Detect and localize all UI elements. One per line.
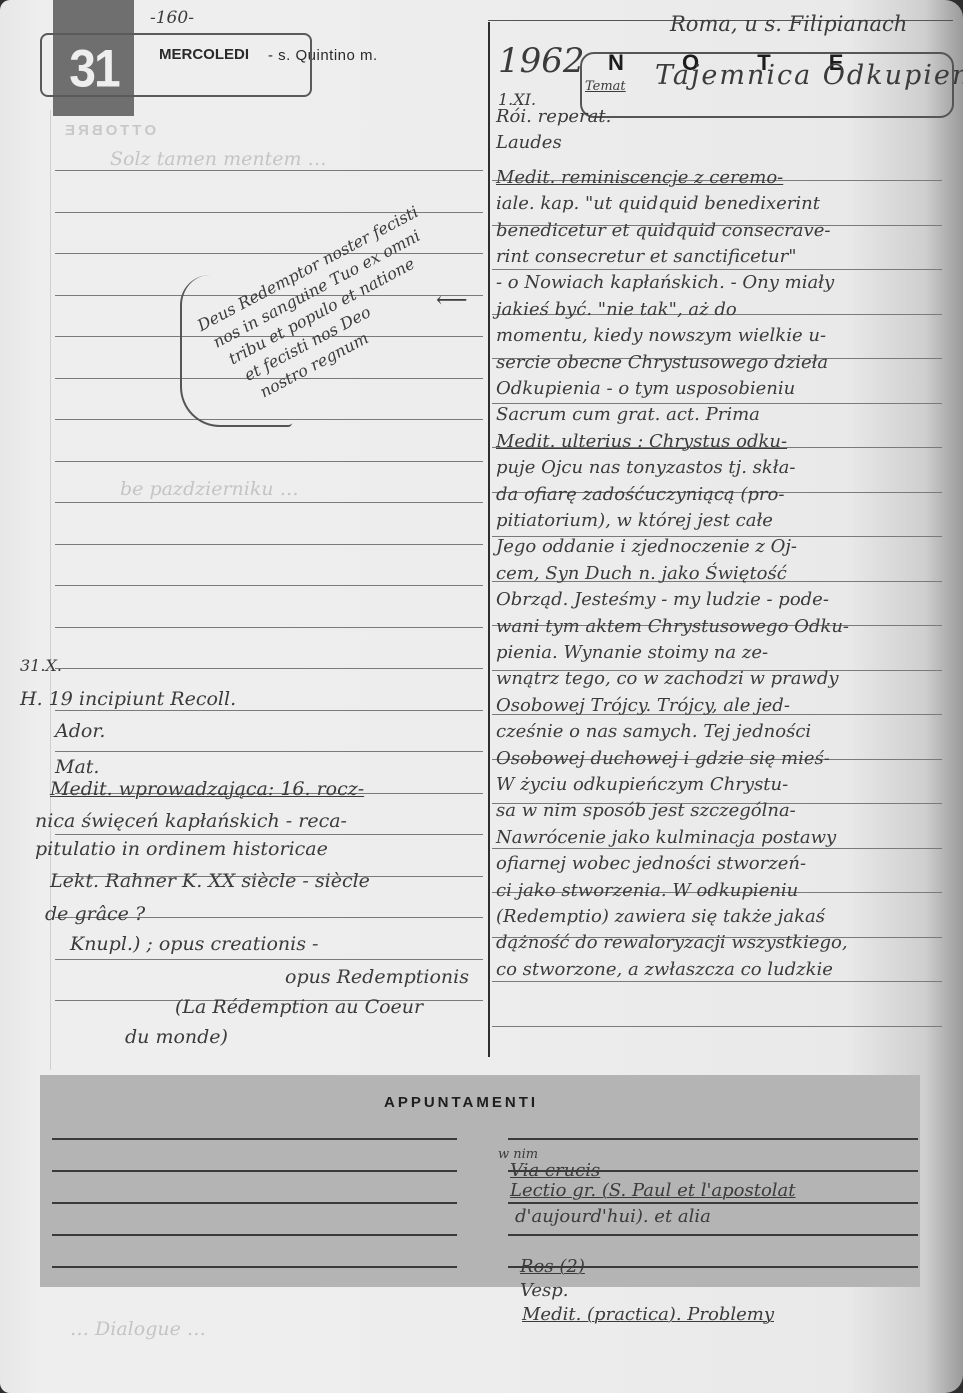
handwritten-entry: - o Nowiach kapłańskich. - Ony miały [496, 274, 834, 292]
handwritten-entry: sercie obecne Chrystusowego dzieła [496, 354, 828, 372]
handwritten-entry: sa w nim sposób jest szczególna- [496, 802, 796, 820]
handwritten-entry: puje Ojcu nas tonyzastos tj. skła- [496, 459, 795, 477]
column-divider [488, 22, 490, 1057]
handwritten-entry: d'aujourd'hui). et alia [515, 1208, 711, 1226]
handwritten-entry: wani tym aktem Chrystusowego Odku- [496, 618, 849, 636]
handwritten-entry: wnątrz tego, co w zachodzi w prawdy [496, 670, 839, 688]
heading-outline [580, 52, 954, 118]
handwritten-entry: iale. kap. "ut quidquid benedixerint [496, 195, 820, 213]
ruled-line [55, 544, 483, 545]
handwritten-entry: Nawrócenie jako kulminacja postawy [496, 829, 836, 847]
ruled-line [55, 627, 483, 628]
handwritten-entry: co stworzone, a zwłaszcza co ludzkie [496, 961, 833, 979]
ruled-line [492, 848, 942, 849]
handwritten-entry: benedicetur et quidquid consecrave- [496, 222, 830, 240]
handwritten-entry: pitiatorium), w której jest całe [496, 512, 773, 530]
handwritten-entry: Via crucis [510, 1162, 600, 1180]
ruled-line [492, 981, 942, 982]
handwritten-entry: du monde) [125, 1028, 228, 1047]
appointments-label: APPUNTAMENTI [384, 1094, 538, 1111]
appointment-line-left [52, 1170, 457, 1172]
handwritten-entry: pitulatio in ordinem historicae [35, 840, 328, 859]
appointment-line-right [508, 1202, 918, 1204]
ruled-line [55, 668, 483, 669]
handwritten-entry: Ador. [55, 722, 105, 741]
handwritten-entry: Ros (2) [520, 1258, 585, 1276]
ruled-line [55, 253, 483, 254]
bleedthrough-text: be pazdzierniku … [120, 480, 299, 499]
handwritten-entry: Rói. reperat. [496, 108, 611, 126]
handwritten-entry: pienia. Wynanie stoimy na ze- [496, 644, 768, 662]
handwritten-entry: Knupl.) ; opus creationis - [70, 935, 318, 954]
ruled-line [492, 269, 942, 270]
handwritten-entry: dążność do rewaloryzacji wszystkiego, [496, 934, 848, 952]
appointment-line-right [508, 1138, 918, 1140]
handwritten-entry: de grâce ? [45, 905, 145, 924]
bleedthrough-month: OTTOBRE [62, 122, 156, 139]
ruled-line [55, 502, 483, 503]
handwritten-entry: W życiu odkupieńczym Chrystu- [496, 776, 788, 794]
handwritten-entry: Medit. reminiscencje z ceremo- [496, 169, 783, 187]
appointment-line-left [52, 1234, 457, 1236]
handwritten-page-number: -160- [150, 10, 194, 27]
bleedthrough-text: … Dialogue … [70, 1320, 206, 1339]
handwritten-entry: cześnie o nas samych. Tej jedności [496, 723, 811, 741]
handwritten-entry: ofiarnej wobec jedności stworzeń- [496, 855, 806, 873]
handwritten-entry: momentu, kiedy nowszym wielkie u- [496, 327, 826, 345]
ruled-line [55, 212, 483, 213]
margin-arrow: ⟵ [436, 290, 468, 312]
handwritten-entry: ci jako stworzenia. W odkupieniu [496, 882, 798, 900]
ruled-line [55, 751, 483, 752]
handwritten-entry: nica święceń kapłańskich - reca- [35, 812, 347, 831]
handwritten-entry: Sacrum cum grat. act. Prima [496, 406, 760, 424]
handwritten-header-outline [40, 33, 312, 97]
appointment-line-left [52, 1266, 457, 1268]
handwritten-entry: Vesp. [520, 1282, 568, 1300]
handwritten-entry: Jego oddanie i zjednoczenie z Oj- [496, 538, 797, 556]
handwritten-entry: da ofiarę zadośćuczyniącą (pro- [496, 486, 784, 504]
appointment-line-right [508, 1234, 918, 1236]
bleedthrough-text: Solz tamen mentem … [110, 150, 327, 169]
handwritten-entry: Mat. [55, 758, 99, 777]
ruled-line [55, 170, 483, 171]
handwritten-entry: Medit. ulterius : Chrystus odku- [496, 433, 787, 451]
handwritten-entry: (Redemptio) zawiera się także jakaś [496, 908, 825, 926]
handwritten-entry: H. 19 incipiunt Recoll. [20, 690, 236, 709]
ruled-line [492, 1026, 942, 1027]
ruled-line [55, 834, 483, 835]
handwritten-entry: cem, Syn Duch n. jako Świętość [496, 565, 787, 583]
appointment-line-left [52, 1202, 457, 1204]
page-margin-line [50, 110, 51, 1070]
handwritten-place: Roma, u s. Filipianach [670, 14, 907, 35]
handwritten-entry: Lectio gr. (S. Paul et l'apostolat [510, 1182, 796, 1200]
handwritten-entry: Obrząd. Jesteśmy - my ludzie - pode- [496, 591, 829, 609]
handwritten-entry: rint consecretur et sanctificetur" [496, 248, 797, 266]
left-date-entry: 31.X. [20, 658, 62, 674]
ruled-line [55, 710, 483, 711]
ruled-line [55, 959, 483, 960]
handwritten-entry: Osobowej duchowej i gdzie się mieś- [496, 750, 830, 768]
handwritten-entry: (La Rédemption au Coeur [175, 998, 423, 1017]
handwritten-entry: Odkupienia - o tym usposobieniu [496, 380, 795, 398]
appointment-line-left [52, 1138, 457, 1140]
handwritten-entry: Medit. (practica). Problemy [522, 1306, 774, 1324]
handwritten-entry: jakieś być. "nie tak", aż do [496, 301, 737, 319]
handwritten-entry: opus Redemptionis [285, 968, 469, 987]
handwritten-entry: Laudes [496, 134, 562, 152]
ruled-line [55, 461, 483, 462]
handwritten-year: 1962 [498, 44, 585, 78]
ruled-line [55, 585, 483, 586]
handwritten-entry: Lekt. Rahner K. XX siècle - siècle [50, 872, 370, 891]
handwritten-entry: Osobowej Trójcy. Trójcy, ale jed- [496, 697, 790, 715]
handwritten-entry: Medit. wprowadzająca: 16. rocz- [50, 780, 364, 799]
diary-page: 31 MERCOLEDI - s. Quintino m. OTTOBRE -1… [0, 0, 963, 1393]
